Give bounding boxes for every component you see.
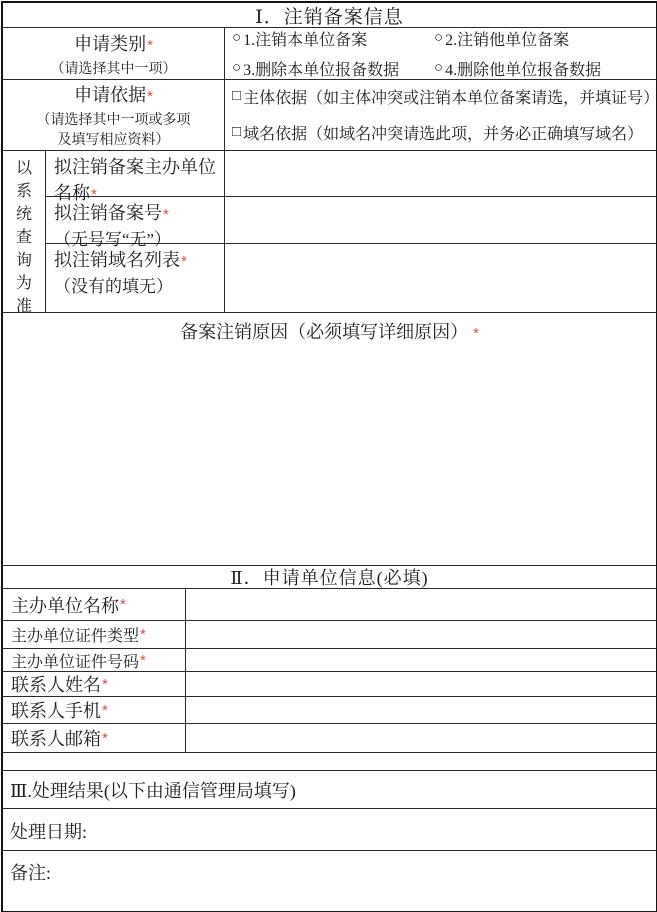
apply-type-label: 申请类别* <box>74 30 153 56</box>
apply-basis-label: 申请依据* <box>74 81 153 107</box>
required-asterisk: * <box>102 730 108 747</box>
process-date-label: 处理日期: <box>10 818 87 844</box>
contact-email-row: 联系人邮箱* <box>3 724 656 753</box>
required-asterisk: * <box>147 88 153 105</box>
contact-mobile-row: 联系人手机* <box>3 697 656 724</box>
domain-list-hint: （没有的填无） <box>54 277 173 296</box>
required-asterisk: * <box>140 652 146 669</box>
checkbox-option-subject[interactable]: □ 主体依据（如主体冲突或注销本单位备案请选，并填证号） <box>232 85 652 108</box>
unit-name-input-cell[interactable] <box>225 151 656 196</box>
radio-option-3[interactable]: ○ 3.删除本单位报备数据 <box>232 57 434 80</box>
required-asterisk: * <box>181 253 187 270</box>
contact-name-input-cell[interactable] <box>186 672 656 696</box>
radio-option-1-label: 1.注销本单位备案 <box>243 27 367 50</box>
radio-option-3-label: 3.删除本单位报备数据 <box>243 57 399 80</box>
filing-number-input-cell[interactable] <box>225 197 656 243</box>
apply-basis-row: 申请依据* （请选择其中一项或多项 及填写相应资料） □ 主体依据（如主体冲突或… <box>3 80 656 151</box>
radio-option-2-label: 2.注销他单位备案 <box>445 27 569 50</box>
system-note-char: 为 <box>16 270 32 293</box>
contact-name-row: 联系人姓名* <box>3 672 656 697</box>
host-cert-number-label: 主办单位证件号码* <box>3 649 186 671</box>
apply-basis-hint-line1: （请选择其中一项或多项 <box>37 109 191 129</box>
radio-icon: ○ <box>434 60 443 77</box>
apply-type-hint: （请选择其中一项） <box>51 58 177 78</box>
remarks-row[interactable]: 备注: <box>3 851 656 911</box>
checkbox-option-domain[interactable]: □ 域名依据（如域名冲突请选此项，并务必正确填写域名） <box>232 121 652 144</box>
process-date-row[interactable]: 处理日期: <box>3 809 656 851</box>
system-note-column: 以 系 统 查 询 为 准 <box>3 151 46 312</box>
system-note-char: 以 <box>16 155 32 178</box>
required-asterisk: * <box>120 596 126 613</box>
checkbox-icon: □ <box>232 124 241 141</box>
system-note-char: 询 <box>16 247 32 270</box>
apply-type-options-cell: ○ 1.注销本单位备案 ○ 2.注销他单位备案 ○ 3.删除本单位报备数据 ○ … <box>225 28 656 79</box>
cancellation-reason-input-area[interactable] <box>3 344 656 565</box>
filing-number-label: 拟注销备案号*（无号写“无”） <box>46 197 225 243</box>
required-asterisk: * <box>147 37 153 54</box>
required-asterisk: * <box>163 206 169 223</box>
radio-icon: ○ <box>434 30 443 47</box>
radio-option-4[interactable]: ○ 4.删除他单位报备数据 <box>434 57 656 80</box>
host-unit-name-row: 主办单位名称* <box>3 589 656 621</box>
checkbox-icon: □ <box>232 88 241 105</box>
cancellation-filing-form-page: Ⅰ．注销备案信息 申请类别* （请选择其中一项） ○ 1.注销本单位备案 ○ 2… <box>0 0 657 912</box>
apply-type-radio-grid: ○ 1.注销本单位备案 ○ 2.注销他单位备案 ○ 3.删除本单位报备数据 ○ … <box>225 27 656 80</box>
system-query-block: 以 系 统 查 询 为 准 拟注销备案主办单位名称* 拟注销备案号*（无号写“无… <box>3 151 656 313</box>
radio-option-1[interactable]: ○ 1.注销本单位备案 <box>232 27 434 50</box>
spacer-row <box>3 753 656 771</box>
apply-type-row: 申请类别* （请选择其中一项） ○ 1.注销本单位备案 ○ 2.注销他单位备案 … <box>3 28 656 80</box>
host-cert-number-row: 主办单位证件号码* <box>3 649 656 672</box>
domain-list-input-cell[interactable] <box>225 244 656 312</box>
host-cert-number-input-cell[interactable] <box>186 649 656 671</box>
apply-basis-options-cell: □ 主体依据（如主体冲突或注销本单位备案请选，并填证号） □ 域名依据（如域名冲… <box>225 80 656 150</box>
required-asterisk: * <box>473 325 479 342</box>
filing-number-row: 拟注销备案号*（无号写“无”） <box>46 197 656 244</box>
radio-icon: ○ <box>232 30 241 47</box>
required-asterisk: * <box>140 626 146 643</box>
radio-option-2[interactable]: ○ 2.注销他单位备案 <box>434 27 656 50</box>
section3-title-row: Ⅲ.处理结果(以下由通信管理局填写) <box>3 771 656 809</box>
apply-type-label-cell: 申请类别* （请选择其中一项） <box>3 28 225 79</box>
remarks-label: 备注: <box>10 859 51 885</box>
domain-list-label: 拟注销域名列表*（没有的填无） <box>46 244 225 312</box>
unit-name-row: 拟注销备案主办单位名称* <box>46 151 656 197</box>
form-table: Ⅰ．注销备案信息 申请类别* （请选择其中一项） ○ 1.注销本单位备案 ○ 2… <box>1 1 657 912</box>
section1-title-row: Ⅰ．注销备案信息 <box>3 3 656 28</box>
required-asterisk: * <box>102 676 108 693</box>
contact-mobile-label: 联系人手机* <box>3 697 186 723</box>
contact-email-label: 联系人邮箱* <box>3 724 186 752</box>
contact-name-label: 联系人姓名* <box>3 672 186 696</box>
radio-option-4-label: 4.删除他单位报备数据 <box>445 57 601 80</box>
contact-mobile-input-cell[interactable] <box>186 697 656 723</box>
required-asterisk: * <box>102 702 108 719</box>
system-note-char: 统 <box>16 201 32 224</box>
system-query-rows: 拟注销备案主办单位名称* 拟注销备案号*（无号写“无”） 拟注销域名列表*（没有… <box>46 151 656 312</box>
host-cert-type-row: 主办单位证件类型* <box>3 621 656 649</box>
section3-title: Ⅲ.处理结果(以下由通信管理局填写) <box>10 777 296 803</box>
host-cert-type-label: 主办单位证件类型* <box>3 621 186 648</box>
host-cert-type-input-cell[interactable] <box>186 621 656 648</box>
domain-list-row: 拟注销域名列表*（没有的填无） <box>46 244 656 312</box>
host-unit-name-label: 主办单位名称* <box>3 589 186 620</box>
checkbox-option-domain-label: 域名依据（如域名冲突请选此项，并务必正确填写域名） <box>243 121 643 144</box>
host-unit-name-input-cell[interactable] <box>186 589 656 620</box>
apply-basis-label-cell: 申请依据* （请选择其中一项或多项 及填写相应资料） <box>3 80 225 150</box>
radio-icon: ○ <box>232 60 241 77</box>
system-note-char: 准 <box>16 293 32 316</box>
section2-title-row: Ⅱ．申请单位信息(必填) <box>3 566 656 589</box>
cancellation-reason-cell[interactable]: 备案注销原因（必须填写详细原因）* <box>3 313 656 566</box>
apply-basis-hint-line2: 及填写相应资料） <box>58 129 170 149</box>
system-note-char: 查 <box>16 224 32 247</box>
cancellation-reason-title: 备案注销原因（必须填写详细原因）* <box>180 318 479 344</box>
contact-email-input-cell[interactable] <box>186 724 656 752</box>
section1-title: Ⅰ．注销备案信息 <box>255 2 404 29</box>
unit-name-label: 拟注销备案主办单位名称* <box>46 151 225 196</box>
checkbox-option-subject-label: 主体依据（如主体冲突或注销本单位备案请选，并填证号） <box>243 85 652 108</box>
section2-title: Ⅱ．申请单位信息(必填) <box>230 564 428 590</box>
system-note-char: 系 <box>16 178 32 201</box>
